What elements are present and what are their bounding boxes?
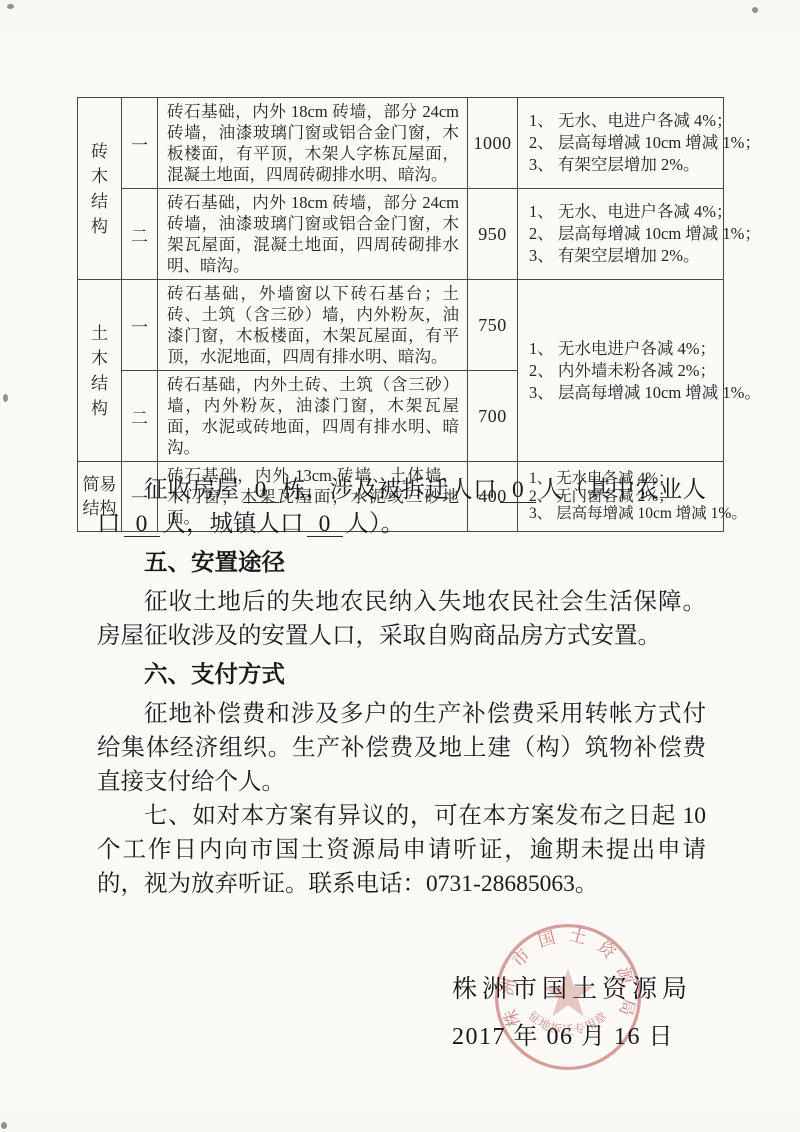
scan-speckle <box>752 7 758 13</box>
note-line: 2、 层高每增减 10cm 增减 1%； <box>529 223 719 245</box>
fill-in-value: 0 <box>500 478 536 503</box>
fill-in-value: 0 <box>243 478 279 503</box>
price-cell: 950 <box>468 189 518 280</box>
grade-cell: 二 <box>122 371 158 462</box>
table-row: 土木结构 一 砖石基础，外墙窗以下砖石基台；土砖、土筑（含三砂）墙，内外粉灰，油… <box>78 280 724 371</box>
text-segment: 栋，涉及被拆迁人口 <box>282 477 497 503</box>
note-line: 1、 无水电进户各减 4%； <box>529 338 719 360</box>
price-cell: 750 <box>468 280 518 371</box>
section-heading-5: 五、安置途径 <box>97 546 706 580</box>
note-line: 3、 有架空层增加 2%。 <box>529 154 719 176</box>
note-line: 3、 层高每增减 10cm 增减 1%。 <box>529 382 719 404</box>
compensation-standards-table: 砖木结构 一 砖石基础，内外 18cm 砖墙，部分 24cm 砖墙，油漆玻璃门窗… <box>77 97 724 532</box>
category-label: 土木结构 <box>90 321 109 421</box>
description-cell: 砖石基础，外墙窗以下砖石基台；土砖、土筑（含三砂）墙，内外粉灰，油漆门窗，木板楼… <box>158 280 468 371</box>
text-segment: 征收房屋 <box>144 477 240 503</box>
grade-cell: 一 <box>122 98 158 189</box>
scan-speckle <box>1 1122 7 1129</box>
grade-cell: 二 <box>122 189 158 280</box>
text-segment: 人）。 <box>346 511 405 537</box>
scanned-document: 砖木结构 一 砖石基础，内外 18cm 砖墙，部分 24cm 砖墙，油漆玻璃门窗… <box>0 0 800 1132</box>
paragraph-house-count: 征收房屋0栋，涉及被拆迁人口0人（其中农业人口0人，城镇人口0人）。 <box>97 473 706 541</box>
note-line: 2、 层高每增减 10cm 增减 1%； <box>529 132 719 154</box>
paragraph-payment: 征地补偿费和涉及多户的生产补偿费采用转帐方式付给集体经济组织。生产补偿费及地上建… <box>97 697 706 799</box>
fill-in-value: 0 <box>307 512 343 537</box>
text-segment: 人，城镇人口 <box>163 511 304 537</box>
description-cell: 砖石基础，内外土砖、土筑（含三砂）墙，内外粉灰，油漆门窗，木架瓦屋面，水泥或砖地… <box>158 371 468 462</box>
note-line: 1、 无水、电进户各减 4%； <box>529 110 719 132</box>
note-line: 3、 有架空层增加 2%。 <box>529 245 719 267</box>
document-page: { "table": { "rows": [ { "category": "砖木… <box>0 0 800 1132</box>
note-line: 1、 无水、电进户各减 4%； <box>529 201 719 223</box>
seal-banner-text: 征地拆迁专用章 <box>526 1009 611 1038</box>
category-cell-earth-wood: 土木结构 <box>78 280 122 462</box>
description-cell: 砖石基础，内外 18cm 砖墙，部分 24cm 砖墙，油漆玻璃门窗或铝合金门窗，… <box>158 189 468 280</box>
grade-cell: 一 <box>122 280 158 371</box>
table-row: 砖木结构 一 砖石基础，内外 18cm 砖墙，部分 24cm 砖墙，油漆玻璃门窗… <box>78 98 724 189</box>
scan-speckle <box>7 4 14 9</box>
category-label: 砖木结构 <box>90 139 109 239</box>
notes-cell-merged: 1、 无水电进户各减 4%； 2、 内外墙未粉各减 2%； 3、 层高每增减 1… <box>518 280 724 462</box>
scan-speckle <box>3 394 8 402</box>
section-heading-6: 六、支付方式 <box>97 658 706 692</box>
seal-star-icon <box>543 968 594 1016</box>
table-row: 二 砖石基础，内外 18cm 砖墙，部分 24cm 砖墙，油漆玻璃门窗或铝合金门… <box>78 189 724 280</box>
note-line: 2、 内外墙未粉各减 2%； <box>529 360 719 382</box>
price-cell: 700 <box>468 371 518 462</box>
description-cell: 砖石基础，内外 18cm 砖墙，部分 24cm 砖墙，油漆玻璃门窗或铝合金门窗，… <box>158 98 468 189</box>
paragraph-resettlement: 征收土地后的失地农民纳入失地农民社会生活保障。房屋征收涉及的安置人口，采取自购商… <box>97 585 706 653</box>
fill-in-value: 0 <box>124 512 160 537</box>
notes-cell: 1、 无水、电进户各减 4%； 2、 层高每增减 10cm 增减 1%； 3、 … <box>518 98 724 189</box>
category-cell-brick-wood: 砖木结构 <box>78 98 122 280</box>
paragraph-objection: 七、如对本方案有异议的，可在本方案发布之日起 10 个工作日内向市国土资源局申请… <box>97 799 706 901</box>
official-seal: 株洲市国土资源局 征地拆迁专用章 <box>491 920 645 1074</box>
notes-cell: 1、 无水、电进户各减 4%； 2、 层高每增减 10cm 增减 1%； 3、 … <box>518 189 724 280</box>
document-body: 征收房屋0栋，涉及被拆迁人口0人（其中农业人口0人，城镇人口0人）。 五、安置途… <box>97 473 706 901</box>
price-cell: 1000 <box>468 98 518 189</box>
